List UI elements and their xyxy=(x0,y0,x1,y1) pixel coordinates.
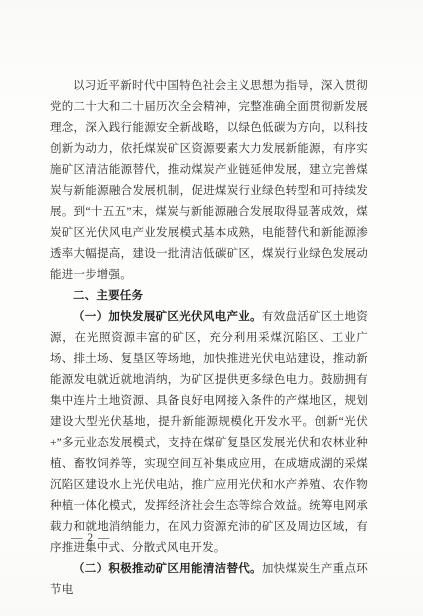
document-page: 以习近平新时代中国特色社会主义思想为指导，深入贯彻党的二十大和二十届历次全会精神… xyxy=(0,0,423,616)
paragraph-text: 有效盘活矿区土地资源，在光照资源丰富的矿区，充分利用采煤沉陷区、工业广场、排土场… xyxy=(50,311,368,554)
paragraph-lead: （一）加快发展矿区光伏风电产业。 xyxy=(73,311,262,323)
page-number: — 2 — xyxy=(71,530,111,546)
paragraph-lead: （二）积极推动矿区用能清洁替代。 xyxy=(73,563,262,575)
section-heading-main-tasks: 二、主要任务 xyxy=(50,286,368,307)
document-body: 以习近平新时代中国特色社会主义思想为指导，深入贯彻党的二十大和二十届历次全会精神… xyxy=(50,76,368,601)
paragraph-task-1: （一）加快发展矿区光伏风电产业。有效盘活矿区土地资源，在光照资源丰富的矿区，充分… xyxy=(50,307,368,559)
paragraph-text: 以习近平新时代中国特色社会主义思想为指导，深入贯彻党的二十大和二十届历次全会精神… xyxy=(50,80,368,281)
paragraph-task-2: （二）积极推动矿区用能清洁替代。加快煤炭生产重点环节电 xyxy=(50,559,368,601)
paragraph-guiding-ideology: 以习近平新时代中国特色社会主义思想为指导，深入贯彻党的二十大和二十届历次全会精神… xyxy=(50,76,368,286)
